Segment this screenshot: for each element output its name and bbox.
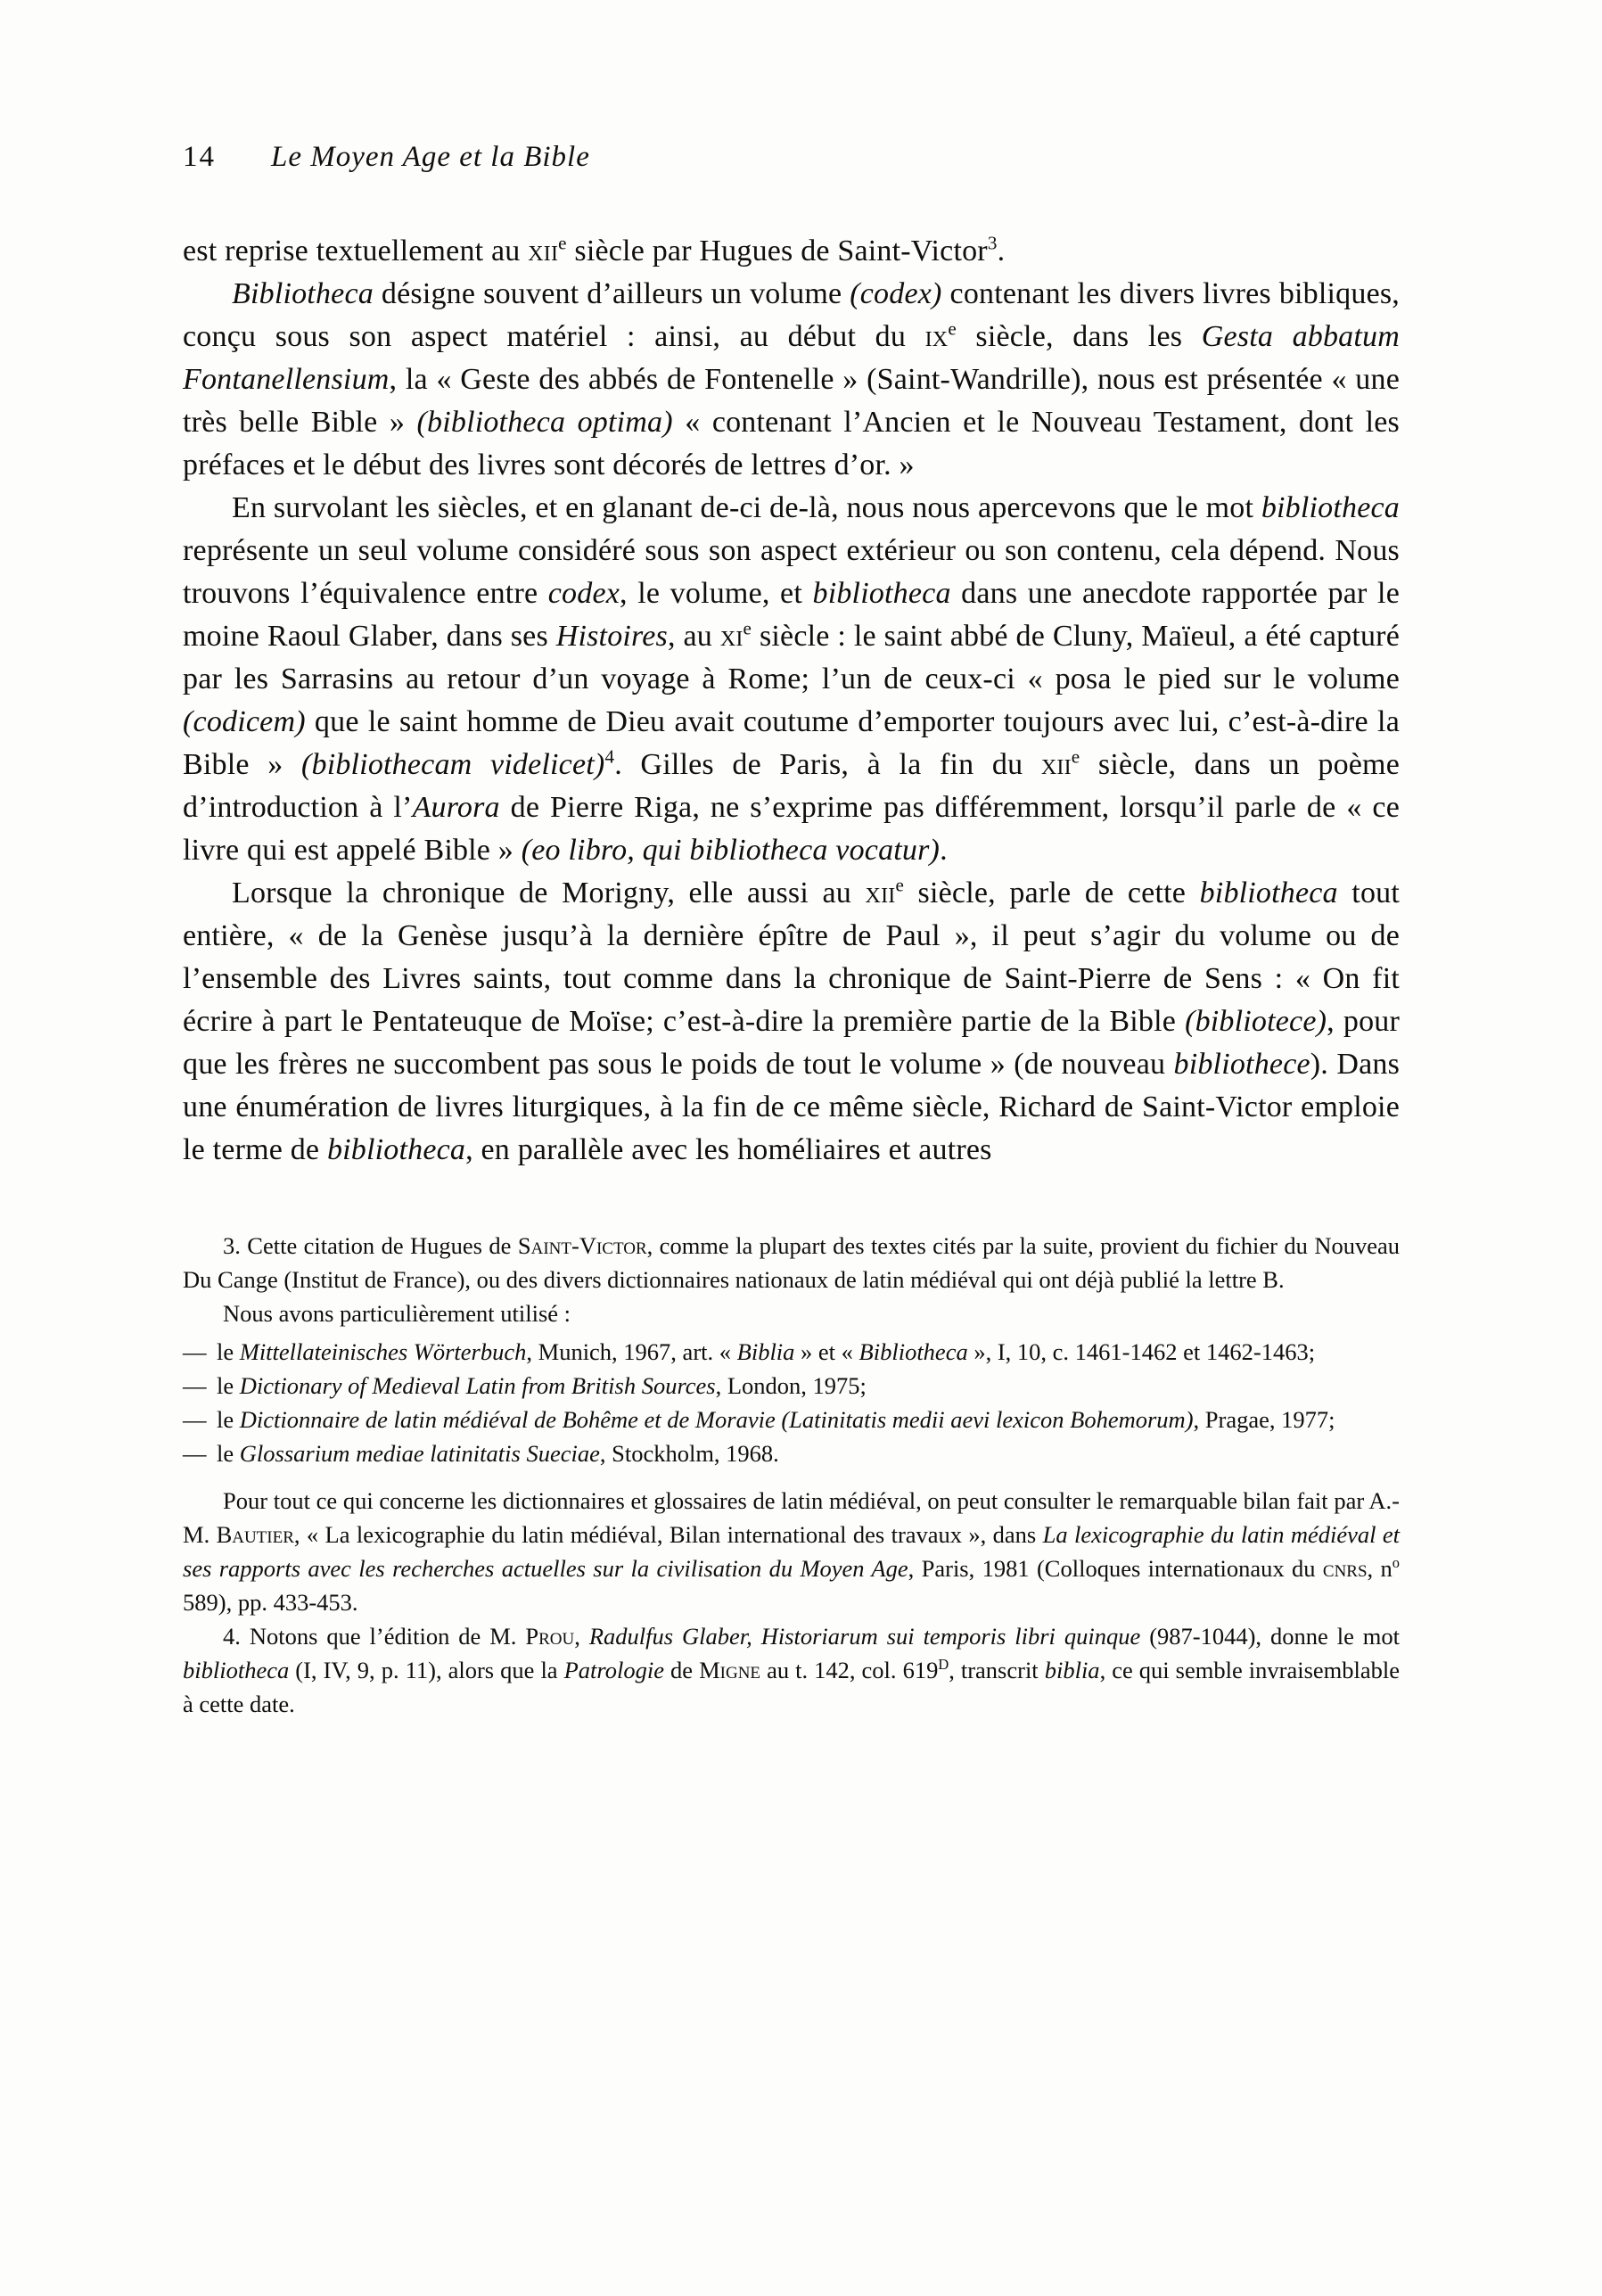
- footnote-3-intro: Nous avons particulièrement utilisé :: [183, 1296, 1400, 1330]
- page-header: 14 Le Moyen Age et la Bible: [183, 139, 1400, 175]
- list-item-text: le Glossarium mediae latinitatis Sueciae…: [217, 1440, 779, 1467]
- list-item-dictionary-medieval-latin: — le Dictionary of Medieval Latin from B…: [183, 1369, 1400, 1403]
- body-text: est reprise textuellement au xiie siècle…: [183, 230, 1400, 1172]
- list-item-mittellateinisches: — le Mittellateinisches Wörterbuch, Muni…: [183, 1335, 1400, 1369]
- paragraph-continuation: est reprise textuellement au xiie siècle…: [183, 230, 1400, 273]
- footnote-3-bautier: Pour tout ce qui concerne les dictionnai…: [183, 1484, 1400, 1619]
- running-title: Le Moyen Age et la Bible: [271, 139, 590, 175]
- paragraph-bibliotheca-volume: Bibliotheca désigne souvent d’ailleurs u…: [183, 273, 1400, 487]
- footnotes: 3. Cette citation de Hugues de Saint-Vic…: [183, 1229, 1400, 1721]
- list-item-glossarium-sueciae: — le Glossarium mediae latinitatis Sueci…: [183, 1436, 1400, 1470]
- page-number: 14: [183, 139, 216, 175]
- list-item-text: le Dictionnaire de latin médiéval de Boh…: [217, 1406, 1335, 1433]
- dash-marker: —: [183, 1436, 207, 1470]
- paragraph-chronique-morigny: Lorsque la chronique de Morigny, elle au…: [183, 872, 1400, 1172]
- footnote-3-citation: 3. Cette citation de Hugues de Saint-Vic…: [183, 1229, 1400, 1296]
- list-item-text: le Mittellateinisches Wörterbuch, Munich…: [217, 1338, 1315, 1365]
- dash-marker: —: [183, 1335, 207, 1369]
- footnote-4: 4. Notons que l’édition de M. Prou, Radu…: [183, 1619, 1400, 1721]
- dash-marker: —: [183, 1403, 207, 1436]
- paragraph-survol-siecles: En survolant les siècles, et en glanant …: [183, 487, 1400, 872]
- list-item-dictionnaire-boheme: — le Dictionnaire de latin médiéval de B…: [183, 1403, 1400, 1436]
- book-page: 14 Le Moyen Age et la Bible est reprise …: [0, 0, 1602, 2296]
- footnote-3-dictionary-list: — le Mittellateinisches Wörterbuch, Muni…: [183, 1335, 1400, 1470]
- list-item-text: le Dictionary of Medieval Latin from Bri…: [217, 1372, 867, 1399]
- dash-marker: —: [183, 1369, 207, 1403]
